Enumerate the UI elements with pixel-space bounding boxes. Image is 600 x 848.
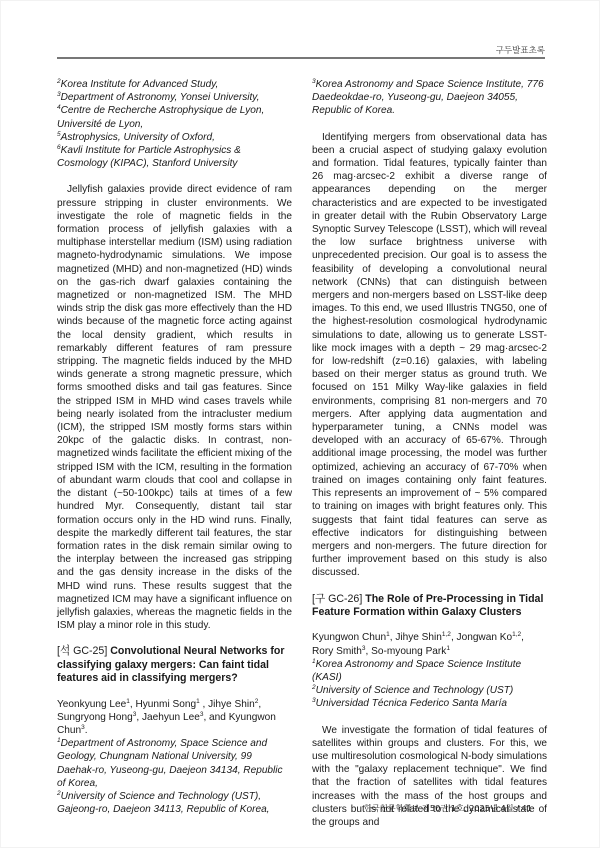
- gc25-affiliations: 1Department of Astronomy, Space Science …: [57, 737, 292, 816]
- gc26-authors: Kyungwon Chun1, Jihye Shin1,2, Jongwan K…: [312, 631, 547, 657]
- author: Jaehyun Lee3, and: [142, 712, 229, 723]
- affiliation: 2University of Science and Technology (U…: [312, 684, 547, 697]
- author: Yeonkyung Lee1,: [57, 699, 135, 710]
- affiliation-text: Centre de Recherche Astrophysique de Lyo…: [57, 105, 264, 129]
- affiliation: 3Korea Astronomy and Space Science Insti…: [312, 78, 547, 118]
- affiliation: 4Centre de Recherche Astrophysique de Ly…: [57, 104, 292, 130]
- gc25-title: [석 GC-25] Convolutional Neural Networks …: [57, 645, 292, 685]
- affiliation: 3Department of Astronomy, Yonsei Univers…: [57, 91, 292, 104]
- gc26-affiliations: 1Korea Astronomy and Space Science Insti…: [312, 658, 547, 711]
- affiliation-text: Department of Astronomy, Yonsei Universi…: [61, 92, 260, 103]
- gc25-authors: Yeonkyung Lee1, Hyunmi Song1 , Jihye Shi…: [57, 698, 292, 738]
- author: Hyunmi Song1 ,: [135, 699, 208, 710]
- author: Kyungwon Chun1,: [312, 632, 395, 643]
- author: Jihye Shin1,2,: [395, 632, 456, 643]
- affiliation: 3Universidad Técnica Federico Santa Marí…: [312, 697, 547, 710]
- affiliation-text: Korea Institute for Advanced Study,: [61, 79, 219, 90]
- affiliation: 1Korea Astronomy and Space Science Insti…: [312, 658, 547, 684]
- gc25-abstract: Identifying mergers from observational d…: [312, 131, 547, 580]
- author: Jongwan Ko1,2,: [457, 632, 524, 643]
- right-column: 3Korea Astronomy and Space Science Insti…: [312, 78, 547, 829]
- affiliation: 5Astrophysics, University of Oxford,: [57, 131, 292, 144]
- author: So-myoung Park1: [371, 646, 450, 657]
- author: Sungryong Hong3,: [57, 712, 142, 723]
- author: Jihye Shin2,: [208, 699, 261, 710]
- running-head-section: 구두발표초록: [496, 44, 545, 56]
- footer-citation: 한국천문학회보 제50권 1호, 2025년 4월 / 41: [364, 803, 532, 814]
- affiliation: 2Korea Institute for Advanced Study,: [57, 78, 292, 91]
- abstract-jellyfish-galaxies: Jellyfish galaxies provide direct eviden…: [57, 183, 292, 632]
- affiliation: 1Department of Astronomy, Space Science …: [57, 737, 292, 790]
- gc26-title: [구 GC-26] The Role of Pre-Processing in …: [312, 593, 547, 620]
- affiliation: 6Kavli Institute for Particle Astrophysi…: [57, 144, 292, 170]
- affiliation: 2University of Science and Technology (U…: [57, 790, 292, 816]
- gc26-tag: [구 GC-26]: [312, 593, 362, 605]
- left-column: 2Korea Institute for Advanced Study, 3De…: [57, 78, 292, 816]
- affiliation-text: Kavli Institute for Particle Astrophysic…: [57, 145, 241, 169]
- affiliation-text: Astrophysics, University of Oxford,: [61, 132, 215, 143]
- author: Rory Smith3,: [312, 646, 371, 657]
- affiliations-continued: 2Korea Institute for Advanced Study, 3De…: [57, 78, 292, 170]
- header-rule: [57, 57, 545, 59]
- gc25-tag: [석 GC-25]: [57, 645, 107, 657]
- gc25-affiliation-continued: 3Korea Astronomy and Space Science Insti…: [312, 78, 547, 118]
- journal-page: 구두발표초록 2Korea Institute for Advanced Stu…: [1, 1, 599, 847]
